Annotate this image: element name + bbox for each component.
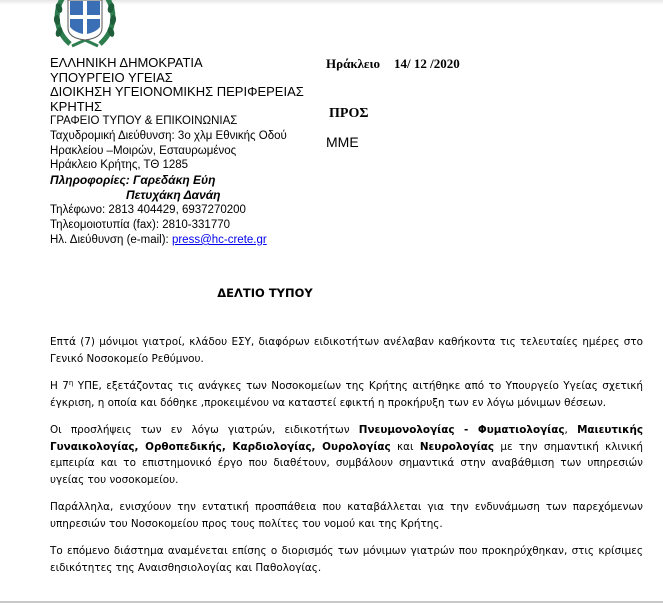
email-line: Ηλ. Διεύθυνση (e-mail): press@hc-crete.g… bbox=[50, 233, 330, 248]
header-line-region: ΚΡΗΤΗΣ bbox=[50, 100, 330, 115]
document-title: ΔΕΛΤΙΟ ΤΥΠΟΥ bbox=[0, 286, 530, 300]
p3-text-2: , bbox=[565, 424, 578, 436]
paragraph-3: Οι προσλήψεις των εν λόγω γιατρών, ειδικ… bbox=[50, 422, 643, 488]
place: Ηράκλειο bbox=[326, 56, 380, 71]
p3-specialty-3: Νευρολογίας bbox=[420, 441, 494, 453]
paragraph-4: Παράλληλα, ενισχύουν την εντατική προσπά… bbox=[50, 499, 643, 532]
header-line-ministry: ΥΠΟΥΡΓΕΙΟ ΥΓΕΙΑΣ bbox=[50, 71, 330, 86]
sender-header: ΕΛΛΗΝΙΚΗ ΔΗΜΟΚΡΑΤΙΑ ΥΠΟΥΡΓΕΙΟ ΥΓΕΙΑΣ ΔΙΟ… bbox=[50, 56, 330, 248]
greek-coat-of-arms-icon bbox=[50, 0, 120, 48]
address-line-2: Ηρακλείου –Μοιρών, Εσταυρωμένος bbox=[50, 144, 330, 159]
email-link[interactable]: press@hc-crete.gr bbox=[172, 234, 267, 246]
place-date: Ηράκλειο14/ 12 /2020 bbox=[326, 56, 460, 72]
paragraph-5: Το επόμενο διάστημα αναμένεται επίσης ο … bbox=[50, 543, 643, 576]
info-contact-1: Πληροφορίες: Γαρεδάκη Εύη bbox=[50, 173, 330, 188]
recipient-label: ΠΡΟΣ bbox=[329, 106, 368, 122]
header-line-republic: ΕΛΛΗΝΙΚΗ ΔΗΜΟΚΡΑΤΙΑ bbox=[50, 56, 330, 71]
paragraph-1: Επτά (7) μόνιμοι γιατροί, κλάδου ΕΣΥ, δι… bbox=[50, 334, 643, 367]
address-line-3: Ηράκλειο Κρήτης, ΤΘ 1285 bbox=[50, 158, 330, 173]
page-bottom-border bbox=[0, 601, 663, 603]
header-line-authority: ΔΙΟΙΚΗΣΗ ΥΓΕΙΟΝΟΜΙΚΗΣ ΠΕΡΙΦΕΡΕΙΑΣ bbox=[50, 85, 330, 100]
fax-line: Τηλεομοιοτυπία (fax): 2810-331770 bbox=[50, 218, 330, 233]
p3-text-3: και bbox=[391, 441, 420, 453]
header-office: ΓΡΑΦΕΙΟ ΤΥΠΟΥ & ΕΠΙΚΟΙΝΩΝΙΑΣ bbox=[50, 114, 330, 129]
info-contact-2: Πετυχάκη Δανάη bbox=[50, 188, 330, 203]
p3-text-1: Οι προσλήψεις των εν λόγω γιατρών, ειδικ… bbox=[50, 424, 359, 436]
phone-line: Τηλέφωνο: 2813 404429, 6937270200 bbox=[50, 203, 330, 218]
paragraph-2-rest: ΥΠΕ, εξετάζοντας τις ανάγκες των Νοσοκομ… bbox=[50, 380, 643, 409]
paragraph-2-start: Η 7 bbox=[50, 380, 69, 392]
p3-specialty-1: Πνευμονολογίας - Φυματιολογίας bbox=[359, 424, 565, 436]
document-body: Επτά (7) μόνιμοι γιατροί, κλάδου ΕΣΥ, δι… bbox=[50, 334, 643, 587]
recipient-value: ΜΜΕ bbox=[326, 134, 359, 150]
paragraph-2: Η 7η ΥΠΕ, εξετάζοντας τις ανάγκες των Νο… bbox=[50, 378, 643, 411]
address-line-1: Ταχυδρομική Διεύθυνση: 3ο χλμ Εθνικής Οδ… bbox=[50, 129, 330, 144]
email-label: Ηλ. Διεύθυνση (e-mail): bbox=[50, 234, 172, 246]
date: 14/ 12 /2020 bbox=[394, 56, 460, 71]
